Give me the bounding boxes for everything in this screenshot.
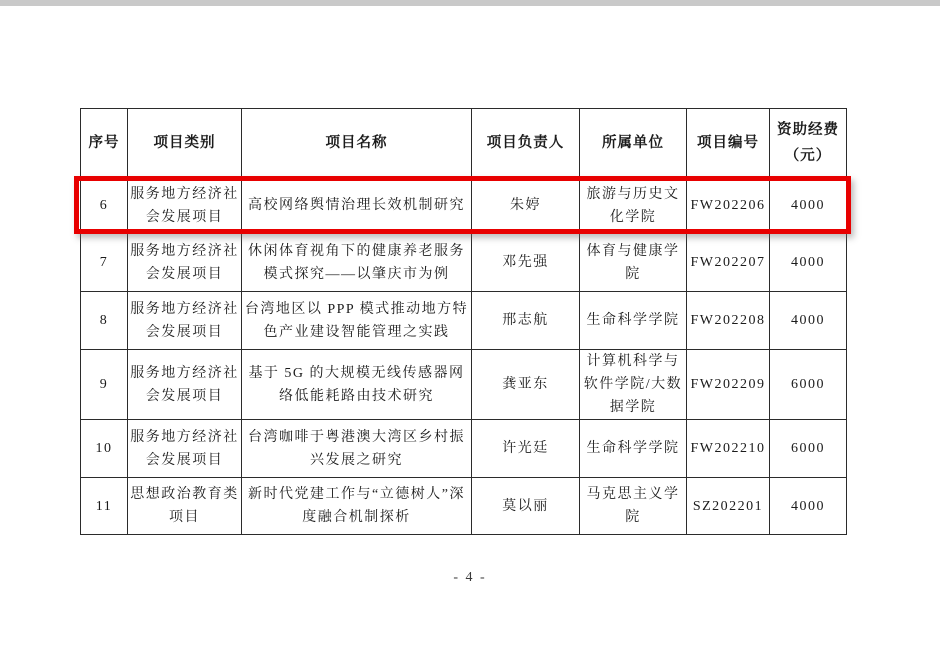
header-cell-name: 项目名称 bbox=[242, 109, 472, 178]
cell-name: 高校网络舆情治理长效机制研究 bbox=[242, 178, 472, 234]
table-row-10: 10 服务地方经济社会发展项目 台湾咖啡于粤港澳大湾区乡村振兴发展之研究 许光廷… bbox=[81, 420, 847, 478]
cell-code: FW202210 bbox=[687, 420, 770, 478]
cell-code: FW202207 bbox=[687, 234, 770, 292]
cell-unit: 计算机科学与软件学院/大数据学院 bbox=[580, 350, 687, 420]
cell-name: 新时代党建工作与“立德树人”深度融合机制探析 bbox=[242, 478, 472, 535]
cell-leader: 邓先强 bbox=[472, 234, 580, 292]
cell-category: 服务地方经济社会发展项目 bbox=[128, 234, 242, 292]
cell-category: 服务地方经济社会发展项目 bbox=[128, 178, 242, 234]
cell-category: 服务地方经济社会发展项目 bbox=[128, 292, 242, 350]
cell-category: 服务地方经济社会发展项目 bbox=[128, 420, 242, 478]
table-row-7: 7 服务地方经济社会发展项目 休闲体育视角下的健康养老服务模式探究——以肇庆市为… bbox=[81, 234, 847, 292]
header-cell-category: 项目类别 bbox=[128, 109, 242, 178]
cell-leader: 莫以丽 bbox=[472, 478, 580, 535]
cell-unit: 生命科学学院 bbox=[580, 420, 687, 478]
cell-unit: 生命科学学院 bbox=[580, 292, 687, 350]
cell-category: 服务地方经济社会发展项目 bbox=[128, 350, 242, 420]
cell-name: 休闲体育视角下的健康养老服务模式探究——以肇庆市为例 bbox=[242, 234, 472, 292]
cell-leader: 朱婷 bbox=[472, 178, 580, 234]
cell-name: 台湾地区以 PPP 模式推动地方特色产业建设智能管理之实践 bbox=[242, 292, 472, 350]
cell-unit: 旅游与历史文化学院 bbox=[580, 178, 687, 234]
cell-code: FW202208 bbox=[687, 292, 770, 350]
cell-code: FW202209 bbox=[687, 350, 770, 420]
document-page: 序号 项目类别 项目名称 项目负责人 所属单位 项目编号 资助经费 （元） 6 … bbox=[0, 0, 940, 667]
cell-leader: 邢志航 bbox=[472, 292, 580, 350]
cell-fund: 4000 bbox=[770, 478, 847, 535]
cell-no: 9 bbox=[81, 350, 128, 420]
table-header-row: 序号 项目类别 项目名称 项目负责人 所属单位 项目编号 资助经费 （元） bbox=[81, 109, 847, 178]
table-row-8: 8 服务地方经济社会发展项目 台湾地区以 PPP 模式推动地方特色产业建设智能管… bbox=[81, 292, 847, 350]
cell-fund: 4000 bbox=[770, 234, 847, 292]
cell-category: 思想政治教育类项目 bbox=[128, 478, 242, 535]
cell-fund: 6000 bbox=[770, 350, 847, 420]
header-cell-fund: 资助经费 （元） bbox=[770, 109, 847, 178]
cell-code: FW202206 bbox=[687, 178, 770, 234]
cell-fund: 4000 bbox=[770, 178, 847, 234]
cell-leader: 许光廷 bbox=[472, 420, 580, 478]
page-number: - 4 - bbox=[0, 570, 940, 586]
table-row-6: 6 服务地方经济社会发展项目 高校网络舆情治理长效机制研究 朱婷 旅游与历史文化… bbox=[81, 178, 847, 234]
cell-name: 台湾咖啡于粤港澳大湾区乡村振兴发展之研究 bbox=[242, 420, 472, 478]
projects-table: 序号 项目类别 项目名称 项目负责人 所属单位 项目编号 资助经费 （元） 6 … bbox=[80, 108, 847, 535]
cell-no: 10 bbox=[81, 420, 128, 478]
header-cell-code: 项目编号 bbox=[687, 109, 770, 178]
cell-no: 7 bbox=[81, 234, 128, 292]
cell-name: 基于 5G 的大规模无线传感器网络低能耗路由技术研究 bbox=[242, 350, 472, 420]
cell-fund: 6000 bbox=[770, 420, 847, 478]
table-row-11: 11 思想政治教育类项目 新时代党建工作与“立德树人”深度融合机制探析 莫以丽 … bbox=[81, 478, 847, 535]
cell-unit: 马克思主义学院 bbox=[580, 478, 687, 535]
cell-fund: 4000 bbox=[770, 292, 847, 350]
header-cell-unit: 所属单位 bbox=[580, 109, 687, 178]
cell-leader: 龚亚东 bbox=[472, 350, 580, 420]
cell-code: SZ202201 bbox=[687, 478, 770, 535]
cell-no: 6 bbox=[81, 178, 128, 234]
scan-edge-bar bbox=[0, 0, 940, 6]
cell-unit: 体育与健康学院 bbox=[580, 234, 687, 292]
table-row-9: 9 服务地方经济社会发展项目 基于 5G 的大规模无线传感器网络低能耗路由技术研… bbox=[81, 350, 847, 420]
header-cell-no: 序号 bbox=[81, 109, 128, 178]
cell-no: 11 bbox=[81, 478, 128, 535]
cell-no: 8 bbox=[81, 292, 128, 350]
header-cell-leader: 项目负责人 bbox=[472, 109, 580, 178]
